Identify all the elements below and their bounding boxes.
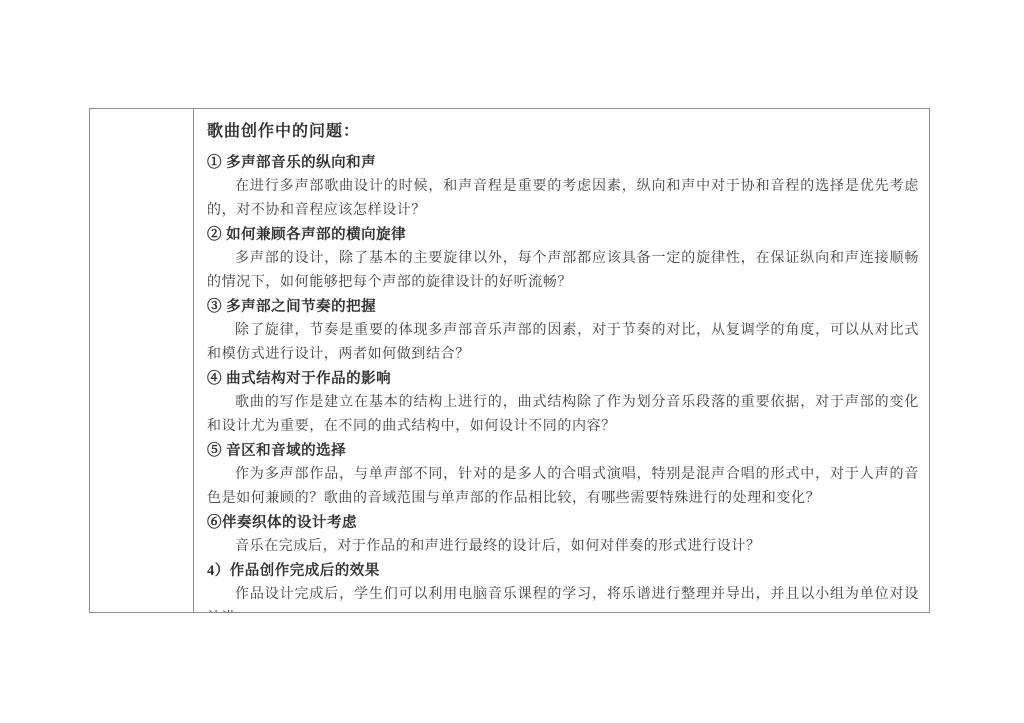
content-table: 歌曲创作中的问题： ① 多声部音乐的纵向和声 在进行多声部歌曲设计的时候，和声音… [89,108,930,613]
problem-item-heading: ③ 多声部之间节奏的把握 [207,295,919,319]
problem-item-body: 在进行多声部歌曲设计的时候，和声音程是重要的考虑因素，纵向和声中对于协和音程的选… [207,175,919,223]
table-left-empty-cell [90,109,194,612]
document-page: 歌曲创作中的问题： ① 多声部音乐的纵向和声 在进行多声部歌曲设计的时候，和声音… [0,0,1024,723]
problem-item-body: 除了旋律，节奏是重要的体现多声部音乐声部的因素，对于节奏的对比，从复调学的角度，… [207,319,919,367]
problem-item-4: ④ 曲式结构对于作品的影响 歌曲的写作是建立在基本的结构上进行的，曲式结构除了作… [207,367,919,439]
problem-item-7: 4）作品创作完成后的效果 作品设计完成后，学生们可以利用电脑音乐课程的学习，将乐… [207,559,919,612]
problem-item-body: 多声部的设计，除了基本的主要旋律以外，每个声部都应该具备一定的旋律性，在保证纵向… [207,247,919,295]
table-content-cell: 歌曲创作中的问题： ① 多声部音乐的纵向和声 在进行多声部歌曲设计的时候，和声音… [194,109,929,612]
problem-item-heading: ② 如何兼顾各声部的横向旋律 [207,223,919,247]
problem-item-6: ⑥伴奏织体的设计考虑 音乐在完成后，对于作品的和声进行最终的设计后，如何对伴奏的… [207,511,919,559]
problem-item-1: ① 多声部音乐的纵向和声 在进行多声部歌曲设计的时候，和声音程是重要的考虑因素，… [207,151,919,223]
problem-item-2: ② 如何兼顾各声部的横向旋律 多声部的设计，除了基本的主要旋律以外，每个声部都应… [207,223,919,295]
problem-item-body: 歌曲的写作是建立在基本的结构上进行的，曲式结构除了作为划分音乐段落的重要依据，对… [207,391,919,439]
problem-item-heading: ④ 曲式结构对于作品的影响 [207,367,919,391]
section-title: 歌曲创作中的问题： [207,118,919,146]
problem-item-body: 作品设计完成后，学生们可以利用电脑音乐课程的学习，将乐谱进行整理并导出，并且以小… [207,583,919,612]
problem-item-heading: ⑥伴奏织体的设计考虑 [207,511,919,535]
problem-item-5: ⑤ 音区和音域的选择 作为多声部作品，与单声部不同，针对的是多人的合唱式演唱，特… [207,439,919,511]
problem-item-heading: 4）作品创作完成后的效果 [207,559,919,583]
problem-item-3: ③ 多声部之间节奏的把握 除了旋律，节奏是重要的体现多声部音乐声部的因素，对于节… [207,295,919,367]
problem-item-heading: ① 多声部音乐的纵向和声 [207,151,919,175]
problem-item-heading: ⑤ 音区和音域的选择 [207,439,919,463]
problem-item-body: 作为多声部作品，与单声部不同，针对的是多人的合唱式演唱，特别是混声合唱的形式中，… [207,463,919,511]
problem-item-body: 音乐在完成后，对于作品的和声进行最终的设计后，如何对伴奏的形式进行设计？ [207,535,919,559]
